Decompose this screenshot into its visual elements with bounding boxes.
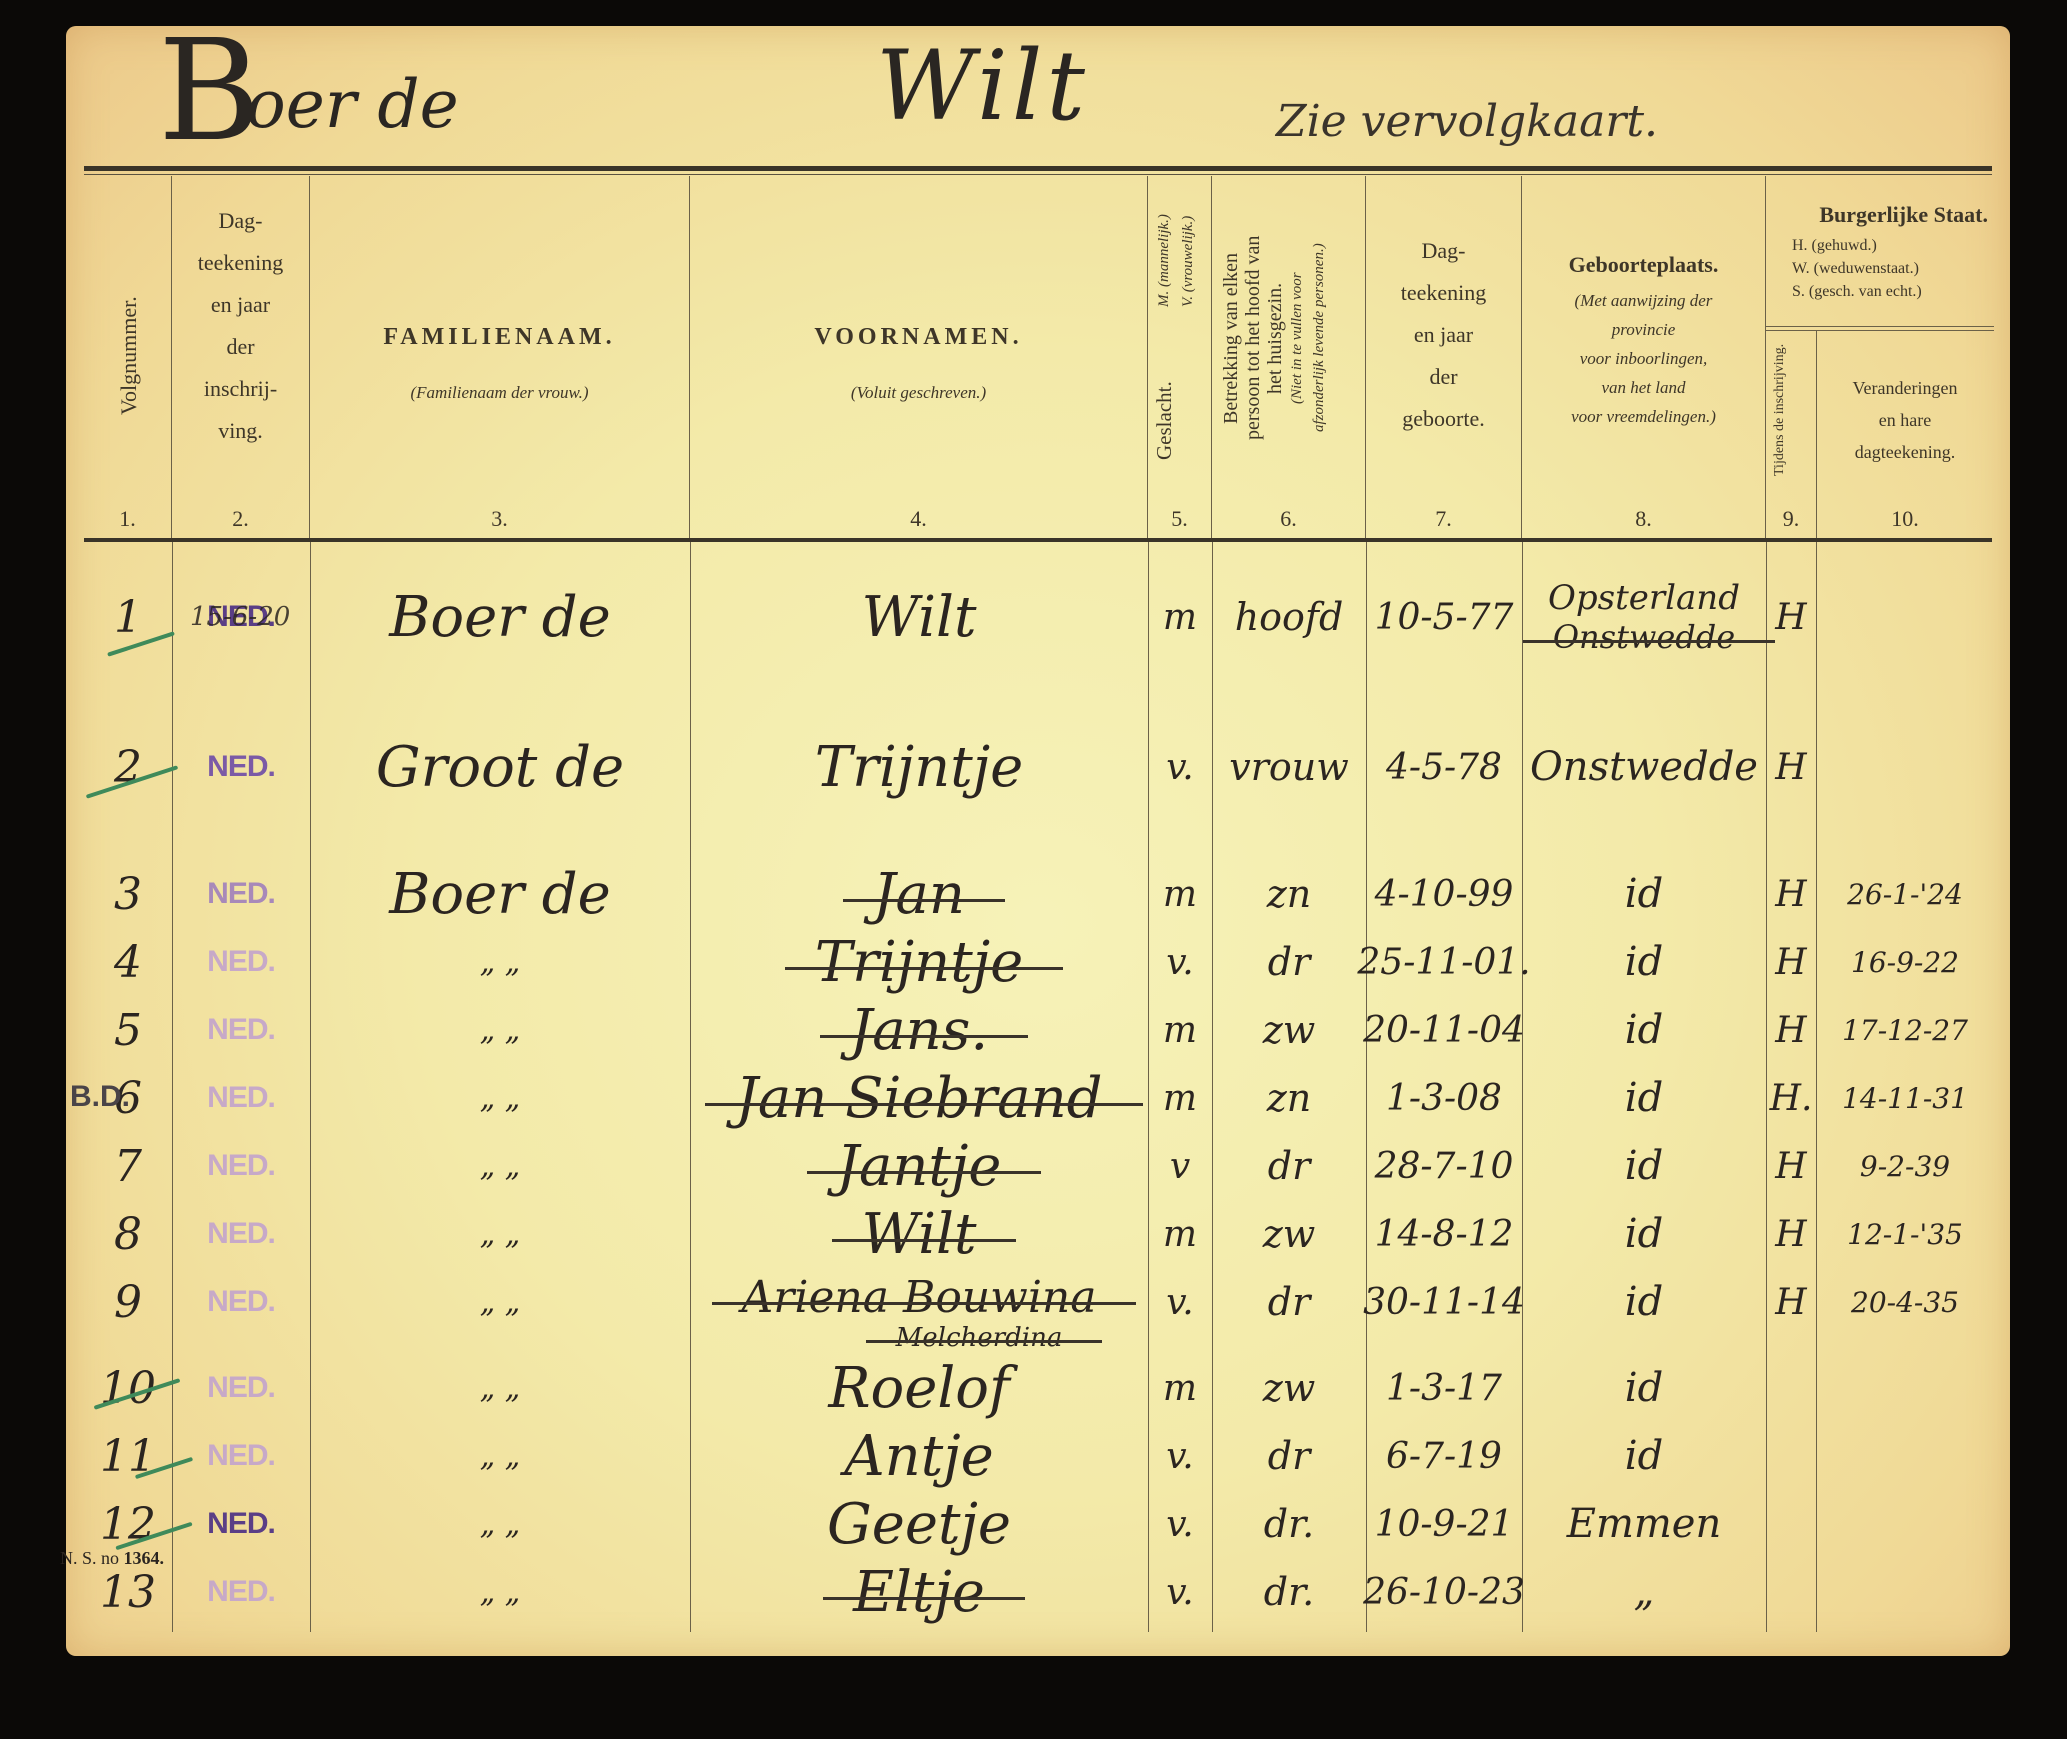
birth-date: 10-9-21	[1366, 1490, 1522, 1558]
civil-state	[1766, 1558, 1816, 1626]
family-name-ditto: „ „	[310, 1354, 690, 1422]
header-line: teekening	[1366, 272, 1521, 314]
birth-date: 25-11-01.	[1366, 928, 1522, 996]
relation: zw	[1212, 1200, 1366, 1268]
family-name: Boer de	[310, 860, 690, 928]
relation: zw	[1212, 1354, 1366, 1422]
table-row: 13 NED. „ „ Eltje v. dr. 26-10-23 „	[84, 1558, 1992, 1626]
civil-option-h: H. (gehuwd.)	[1792, 234, 1922, 257]
nationality-stamp: NED.	[207, 1013, 275, 1047]
table-row: 9 NED. „ „ Ariena Bouwina Melcherdina v.…	[84, 1268, 1992, 1358]
header-line: ving.	[172, 410, 309, 452]
birthplace: id	[1522, 1354, 1766, 1422]
row-number: 11	[84, 1422, 172, 1490]
header-line: en hare	[1816, 404, 1994, 436]
header-col-birth-date: Dag- teekening en jaar der geboorte. 7.	[1366, 176, 1522, 538]
sex: m	[1148, 1064, 1212, 1132]
civil-state: H	[1766, 860, 1816, 928]
form-number-prefix: N. S. no	[60, 1548, 119, 1568]
header-line: inschrij-	[172, 368, 309, 410]
nationality-stamp: NED.	[207, 877, 275, 911]
given-name-cell: Jan	[690, 860, 1148, 928]
family-name-ditto: „ „	[310, 1200, 690, 1268]
header-subtitle: (Voluit geschreven.)	[690, 383, 1147, 403]
birthplace: „	[1522, 1558, 1766, 1626]
nationality-stamp: NED.	[207, 945, 275, 979]
civil-state: H	[1766, 1200, 1816, 1268]
header-title: FAMILIENAAM.	[310, 324, 689, 351]
birth-date: 6-7-19	[1366, 1422, 1522, 1490]
header-line: der	[172, 326, 309, 368]
sex: v.	[1148, 928, 1212, 996]
birthplace: Onstwedde	[1522, 722, 1766, 812]
birth-date: 20-11-04	[1366, 996, 1522, 1064]
birth-date: 4-10-99	[1366, 860, 1522, 928]
nationality-stamp: NED.	[207, 1285, 275, 1319]
nationality-stamp: NED.	[207, 1575, 275, 1609]
column-number: 1.	[84, 506, 171, 532]
header-title: VOORNAMEN.	[690, 324, 1147, 351]
registration-cell: NED.	[172, 722, 310, 812]
birthplace: id	[1522, 1200, 1766, 1268]
given-name-struck: Ariena Bouwina	[742, 1273, 1097, 1323]
nationality-stamp: NED.	[207, 1507, 275, 1541]
table-header: Volgnummer. 1. Dag- teekening en jaar de…	[84, 176, 1992, 538]
registration-cell: NED.	[172, 1422, 310, 1490]
given-name-cell: Wilt	[690, 1200, 1148, 1268]
civil-state: H	[1766, 928, 1816, 996]
registration-cell: NED.	[172, 1354, 310, 1422]
family-name-ditto: „ „	[310, 1490, 690, 1558]
civil-state	[1766, 1354, 1816, 1422]
row-number: 5	[84, 996, 172, 1064]
column-number: 10.	[1816, 506, 1994, 532]
header-line: het huisgezin.	[1264, 190, 1286, 486]
header-veranderingen-label: Veranderingen en hare dagteekening.	[1816, 372, 1994, 468]
table-row: 4 NED. „ „ Trijntje v. dr 25-11-01. id H…	[84, 928, 1992, 996]
bd-stamp: B.D.	[70, 1080, 130, 1114]
sex: v.	[1148, 1268, 1212, 1336]
change-date	[1816, 1354, 1994, 1422]
table-row: 11 NED. „ „ Antje v. dr 6-7-19 id	[84, 1422, 1992, 1490]
family-name-ditto: „ „	[310, 996, 690, 1064]
header-col-geslacht: Geslacht. M. (mannelijk.) V. (vrouwelijk…	[1148, 176, 1212, 538]
table-row: 8 NED. „ „ Wilt m zw 14-8-12 id H 12-1-'…	[84, 1200, 1992, 1268]
relation: dr	[1212, 928, 1366, 996]
given-name-struck: Jans.	[850, 998, 988, 1063]
birth-date: 28-7-10	[1366, 1132, 1522, 1200]
birth-date: 30-11-14	[1366, 1268, 1522, 1336]
header-line: en jaar	[1366, 314, 1521, 356]
relation: dr	[1212, 1422, 1366, 1490]
given-name-struck: Eltje	[853, 1560, 985, 1625]
sex: v.	[1148, 722, 1212, 812]
relation: hoofd	[1212, 572, 1366, 662]
header-col-geboorteplaats: Geboorteplaats. (Met aanwijzing der prov…	[1522, 176, 1766, 538]
given-name-struck: Jantje	[837, 1134, 1002, 1199]
header-col-voornamen: VOORNAMEN. (Voluit geschreven.) 4.	[690, 176, 1148, 538]
given-name-cell: Trijntje	[690, 928, 1148, 996]
registration-date: 15-6-20	[190, 602, 290, 632]
table-row: 6 B.D. NED. „ „ Jan Siebrand m zn 1-3-08…	[84, 1064, 1992, 1132]
relation: zw	[1212, 996, 1366, 1064]
birth-date: 1-3-17	[1366, 1354, 1522, 1422]
birthplace-struck: Onstwedde	[1553, 618, 1735, 656]
birth-date: 14-8-12	[1366, 1200, 1522, 1268]
header-col-registration-date: Dag- teekening en jaar der inschrij- vin…	[172, 176, 310, 538]
registration-cell: NED.	[172, 860, 310, 928]
civil-state-title: Burgerlijke Staat.	[1766, 202, 1994, 228]
relation: zn	[1212, 860, 1366, 928]
civil-state: H	[1766, 722, 1816, 812]
table-row: 5 NED. „ „ Jans. m zw 20-11-04 id H 17-1…	[84, 996, 1992, 1064]
family-name-ditto: „ „	[310, 928, 690, 996]
table-body: 1 NED. 15-6-20 Boer de Wilt m hoofd 10-5…	[84, 542, 1992, 1632]
row-number: 7	[84, 1132, 172, 1200]
change-date	[1816, 722, 1994, 812]
header-line: Dag-	[172, 200, 309, 242]
change-date	[1816, 1558, 1994, 1626]
column-number: 3.	[310, 506, 689, 532]
header-col-familienaam: FAMILIENAAM. (Familienaam der vrouw.) 3.	[310, 176, 690, 538]
header-line: Betrekking van elken	[1220, 190, 1242, 486]
header-line: provincie	[1522, 315, 1765, 344]
given-name: Trijntje	[690, 722, 1148, 812]
table-row: 10 NED. „ „ Roelof m zw 1-3-17 id	[84, 1354, 1992, 1422]
header-tijdens-label: Tijdens de inschrijving.	[1772, 366, 1788, 476]
sex: v.	[1148, 1490, 1212, 1558]
birthplace: id	[1522, 860, 1766, 928]
given-name: Wilt	[690, 572, 1148, 662]
row-number: 4	[84, 928, 172, 996]
registration-cell: NED.	[172, 1268, 310, 1336]
civil-state: H	[1766, 996, 1816, 1064]
registration-cell: NED. 15-6-20	[172, 572, 310, 662]
registration-cell: NED.	[172, 1064, 310, 1132]
birth-date: 10-5-77	[1366, 572, 1522, 662]
given-name-cell: Jans.	[690, 996, 1148, 1064]
header-line: Veranderingen	[1816, 372, 1994, 404]
civil-state	[1766, 1490, 1816, 1558]
given-name-struck: Jan Siebrand	[735, 1066, 1102, 1131]
header-line: geboorte.	[1366, 398, 1521, 440]
nationality-stamp: NED.	[207, 750, 275, 784]
civil-state-legend: H. (gehuwd.) W. (weduwenstaat.) S. (gesc…	[1792, 234, 1922, 303]
header-line: van het land	[1522, 373, 1765, 402]
column-number: 8.	[1522, 506, 1765, 532]
birthplace: id	[1522, 996, 1766, 1064]
birthplace: id	[1522, 1064, 1766, 1132]
given-name-cell: Eltje	[690, 1558, 1148, 1626]
row-number: 3	[84, 860, 172, 928]
surname-text: oer de	[246, 66, 459, 143]
given-name-second-struck: Melcherdina	[896, 1323, 1063, 1353]
civil-state: H	[1766, 1268, 1816, 1336]
family-name-ditto: „ „	[310, 1132, 690, 1200]
change-date: 14-11-31	[1816, 1064, 1994, 1132]
civil-option-w: W. (weduwenstaat.)	[1792, 257, 1922, 280]
family-name: Groot de	[310, 722, 690, 812]
sex: m	[1148, 860, 1212, 928]
table-row: 12 NED. „ „ Geetje v. dr. 10-9-21 Emmen	[84, 1490, 1992, 1558]
sex: m	[1148, 1354, 1212, 1422]
relation: dr	[1212, 1268, 1366, 1336]
header-subtitle: (Familienaam der vrouw.)	[310, 383, 689, 403]
relation: zn	[1212, 1064, 1366, 1132]
given-name-cell: Jan Siebrand	[690, 1064, 1148, 1132]
civil-state: H	[1766, 1132, 1816, 1200]
header-title: Geboorteplaats.	[1522, 252, 1765, 278]
header-m-label: M. (mannelijk.)	[1156, 186, 1173, 336]
birth-date: 26-10-23	[1366, 1558, 1522, 1626]
header-v-label: V. (vrouwelijk.)	[1180, 186, 1197, 336]
top-rule	[84, 166, 1992, 171]
sex: m	[1148, 996, 1212, 1064]
nationality-stamp: NED.	[207, 1217, 275, 1251]
change-date	[1816, 1422, 1994, 1490]
registration-cell: NED.	[172, 1490, 310, 1558]
form-number-value: 1364.	[124, 1548, 165, 1568]
sex: v.	[1148, 1558, 1212, 1626]
birth-date: 1-3-08	[1366, 1064, 1522, 1132]
civil-option-s: S. (gesch. van echt.)	[1792, 280, 1922, 303]
family-name-ditto: „ „	[310, 1558, 690, 1626]
change-date: 20-4-35	[1816, 1268, 1994, 1336]
table-row: 7 NED. „ „ Jantje v dr 28-7-10 id H 9-2-…	[84, 1132, 1992, 1200]
column-number: 6.	[1212, 506, 1365, 532]
relation: dr	[1212, 1132, 1366, 1200]
sex: v.	[1148, 1422, 1212, 1490]
header-volgnummer-label: Volgnummer.	[108, 246, 150, 466]
change-date: 9-2-39	[1816, 1132, 1994, 1200]
sex: v	[1148, 1132, 1212, 1200]
change-date	[1816, 572, 1994, 662]
header-col-volgnummer: Volgnummer. 1.	[84, 176, 172, 538]
header-line: Dag-	[1366, 230, 1521, 272]
table-row: 1 NED. 15-6-20 Boer de Wilt m hoofd 10-5…	[84, 572, 1992, 662]
header-line: teekening	[172, 242, 309, 284]
family-name-ditto: „ „	[310, 1422, 690, 1490]
family-name-ditto: „ „	[310, 1268, 690, 1336]
civil-state	[1766, 1422, 1816, 1490]
header-line: voor vreemdelingen.)	[1522, 402, 1765, 431]
change-date: 26-1-'24	[1816, 860, 1994, 928]
registration-cell: NED.	[172, 1200, 310, 1268]
birth-date: 4-5-78	[1366, 722, 1522, 812]
table-row: 3 NED. Boer de Jan m zn 4-10-99 id H 26-…	[84, 860, 1992, 928]
given-name-cell: Jantje	[690, 1132, 1148, 1200]
given-name-struck: Trijntje	[815, 930, 1023, 995]
given-name: Geetje	[690, 1490, 1148, 1558]
sex: m	[1148, 572, 1212, 662]
header-line: (Met aanwijzing der	[1522, 286, 1765, 315]
continuation-note: Zie vervolgkaart.	[1276, 96, 1658, 147]
header-line: afzonderlijk levende personen.)	[1308, 190, 1330, 486]
header-line: dagteekening.	[1816, 436, 1994, 468]
registration-cell: NED.	[172, 996, 310, 1064]
form-number: N. S. no 1364.	[60, 1548, 164, 1569]
registration-card: B oer de Wilt Zie vervolgkaart. Volgnumm…	[66, 26, 2010, 1656]
nationality-stamp: NED.	[207, 1081, 275, 1115]
birthplace: Emmen	[1522, 1490, 1766, 1558]
change-date	[1816, 1490, 1994, 1558]
header-line: persoon tot het hoofd van	[1242, 190, 1264, 486]
header-line: en jaar	[172, 284, 309, 326]
column-number: 5.	[1148, 506, 1211, 532]
civil-state-divider	[1766, 326, 1994, 331]
header-line: (Niet in te vullen voor	[1286, 190, 1308, 486]
header-line: voor inboorlingen,	[1522, 344, 1765, 373]
given-name-cell: Ariena Bouwina Melcherdina	[690, 1268, 1148, 1358]
registration-cell: NED.	[172, 1558, 310, 1626]
family-name: Boer de	[310, 572, 690, 662]
top-rule-thin	[84, 174, 1992, 175]
civil-state: H.	[1766, 1064, 1816, 1132]
birthplace: id	[1522, 1422, 1766, 1490]
row-number: 9	[84, 1268, 172, 1336]
birthplace: Opsterland	[1548, 578, 1740, 618]
nationality-stamp: NED.	[207, 1149, 275, 1183]
change-date: 16-9-22	[1816, 928, 1994, 996]
birthplace-cell: Opsterland Onstwedde	[1522, 572, 1766, 662]
column-number: 4.	[690, 506, 1147, 532]
registration-cell: NED.	[172, 1132, 310, 1200]
row-number: 8	[84, 1200, 172, 1268]
registration-cell: NED.	[172, 928, 310, 996]
given-name-struck: Jan	[873, 862, 965, 927]
change-date: 17-12-27	[1816, 996, 1994, 1064]
card-title: B oer de Wilt Zie vervolgkaart.	[66, 26, 2010, 166]
birthplace: id	[1522, 1132, 1766, 1200]
nationality-stamp: NED.	[207, 1439, 275, 1473]
header-line: der	[1366, 356, 1521, 398]
nationality-stamp: NED.	[207, 1371, 275, 1405]
change-date: 12-1-'35	[1816, 1200, 1994, 1268]
given-name-struck: Wilt	[862, 1202, 977, 1267]
given-name: Antje	[690, 1422, 1148, 1490]
header-geslacht-label: Geslacht.	[1152, 356, 1177, 486]
relation: dr.	[1212, 1558, 1366, 1626]
row-number: 2	[84, 722, 172, 812]
column-number: 7.	[1366, 506, 1521, 532]
sex: m	[1148, 1200, 1212, 1268]
relation: dr.	[1212, 1490, 1366, 1558]
column-number: 9.	[1766, 506, 1816, 532]
column-number: 2.	[172, 506, 309, 532]
birthplace: id	[1522, 1268, 1766, 1336]
table-row: 2 NED. Groot de Trijntje v. vrouw 4-5-78…	[84, 722, 1992, 812]
relation: vrouw	[1212, 722, 1366, 812]
civil-state: H	[1766, 572, 1816, 662]
birthplace: id	[1522, 928, 1766, 996]
family-name-ditto: „ „	[310, 1064, 690, 1132]
header-betrekking-label: Betrekking van elken persoon tot het hoo…	[1220, 190, 1330, 486]
head-given-name: Wilt	[876, 30, 1089, 142]
given-name: Roelof	[690, 1354, 1148, 1422]
header-col-betrekking: Betrekking van elken persoon tot het hoo…	[1212, 176, 1366, 538]
header-col-civil-state: Burgerlijke Staat. H. (gehuwd.) W. (wedu…	[1766, 176, 1994, 538]
